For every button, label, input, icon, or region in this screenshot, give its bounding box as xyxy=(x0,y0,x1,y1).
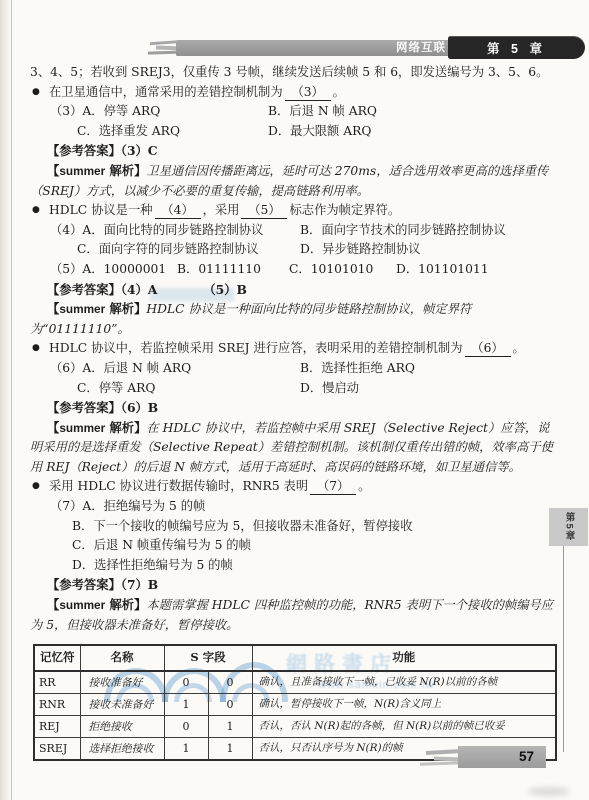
analysis-bracket: 【 xyxy=(47,597,59,612)
question-3-stem: ● 在卫星通信中，通常采用的差错控制机制为（3）。 xyxy=(30,83,561,103)
q45-stem-p1: HDLC 协议是一种 xyxy=(49,203,153,217)
q5-options-row: （5）A．10000001 B．01111110 C．10101010 D．10… xyxy=(30,260,561,280)
q5-option-d: D．101101011 xyxy=(396,260,489,280)
q45-blank-5: （5） xyxy=(241,203,287,219)
q6-option-a: （6）A．后退 N 帧 ARQ xyxy=(50,359,300,379)
q45-stem-p3: 标志作为帧定界符。 xyxy=(289,203,400,217)
q7-option-b: B．下一个接收的帧编号应为 5，但接收器未准备好，暂停接收 xyxy=(30,517,561,537)
q6-options-row2: C．停等 ARQ D．慢启动 xyxy=(30,379,561,399)
q3-analysis: 【summer 解析】卫星通信因传播距离远，延时可达 270ms，适合选用效率更… xyxy=(30,161,561,201)
analysis-brand: summer xyxy=(59,164,105,178)
answer-label: 【参考答案】 xyxy=(47,400,121,415)
cell-s2: 1 xyxy=(208,738,252,761)
q6-stem-pre: HDLC 协议中，若监控帧采用 SREJ 进行应答，表明采用的差错控制机制为 xyxy=(49,341,463,355)
cell-s1: 0 xyxy=(164,716,208,738)
cell-s1: 0 xyxy=(164,671,208,694)
q3-blank: （3） xyxy=(285,85,331,101)
q3-stem-post: 。 xyxy=(333,85,345,99)
col-header-mnemonic: 记忆符 xyxy=(34,645,80,671)
analysis-brand: summer xyxy=(59,421,105,435)
page-content: 3、4、5；若收到 SREJ3，仅重传 3 号帧，继续发送后续帧 5 和 6，即… xyxy=(30,63,561,761)
col-header-function: 功能 xyxy=(252,645,556,671)
q3-answer-line: 【参考答案】（3）C xyxy=(30,141,561,161)
q3-option-c: C．选择重发 ARQ xyxy=(50,122,268,142)
q45-stem-p2: ，采用 xyxy=(203,203,240,217)
analysis-label: 解析】 xyxy=(105,420,146,435)
q3-options-row2: C．选择重发 ARQ D．最大限额 ARQ xyxy=(30,122,561,142)
analysis-label: 解析】 xyxy=(105,163,146,178)
q6-analysis: 【summer 解析】在 HDLC 协议中，若监控帧中采用 SREJ（Selec… xyxy=(30,418,561,478)
question-45-text: HDLC 协议是一种（4），采用（5）标志作为帧定界符。 xyxy=(49,201,400,221)
q6-answer-value: （6）B xyxy=(121,400,158,415)
cell-name: 接收准备好 xyxy=(80,671,164,694)
q6-stem-post: 。 xyxy=(513,341,525,355)
header-chapter-box: 第 5 章 xyxy=(448,36,585,59)
q3-answer-value: （3）C xyxy=(121,143,158,158)
cell-name: 选择拒绝接收 xyxy=(80,738,164,761)
q3-stem-pre: 在卫星通信中，通常采用的差错控制机制为 xyxy=(49,85,283,99)
q7-stem-post: 。 xyxy=(358,479,370,493)
question-7-stem: ● 采用 HDLC 协议进行数据传输时，RNR5 表明（7）。 xyxy=(30,477,561,497)
bullet-icon: ● xyxy=(30,477,49,497)
col-header-name: 名称 xyxy=(80,645,164,671)
cell-s2: 1 xyxy=(208,716,252,738)
q7-blank: （7） xyxy=(310,479,356,495)
cell-s1: 1 xyxy=(164,738,208,761)
scan-smudge xyxy=(528,787,570,796)
footer-bar: 57 xyxy=(458,746,546,768)
q7-option-a: （7）A．拒绝编号为 5 的帧 xyxy=(30,497,561,517)
answer-label: 【参考答案】 xyxy=(47,143,121,158)
question-6-stem: ● HDLC 协议中，若监控帧采用 SREJ 进行应答，表明采用的差错控制机制为… xyxy=(30,339,561,359)
q7-answer-line: 【参考答案】（7）B xyxy=(30,575,561,595)
cell-name: 拒绝接收 xyxy=(80,716,164,738)
cell-s2: 0 xyxy=(208,671,252,694)
chapter-side-tab-label: 第5章 xyxy=(562,512,576,542)
cell-mnemonic: REJ xyxy=(34,716,80,738)
q45-analysis: 【summer 解析】HDLC 协议是一种面向比特的同步链路控制协议，帧定界符为… xyxy=(30,299,561,339)
cell-mnemonic: RNR xyxy=(34,694,80,716)
header-section-label: 网络互联 xyxy=(396,41,448,55)
q7-option-d: D．选择性拒绝编号为 5 的帧 xyxy=(30,556,561,576)
q5-option-c: C．10101010 xyxy=(289,260,396,280)
page-number: 57 xyxy=(519,746,534,768)
question-45-stem: ● HDLC 协议是一种（4），采用（5）标志作为帧定界符。 xyxy=(30,201,561,221)
table-row: RR 接收准备好 0 0 确认，且准备接收下一帧，已收妥 N(R)以前的各帧 xyxy=(34,671,556,694)
cell-name: 接收未准备好 xyxy=(80,694,164,716)
q7-analysis: 【summer 解析】本题需掌握 HDLC 四种监控帧的功能，RNR5 表明下一… xyxy=(30,595,561,635)
answer-label: 【参考答案】 xyxy=(47,577,121,592)
chapter-side-tab: 第5章 xyxy=(549,508,588,546)
q6-answer-line: 【参考答案】（6）B xyxy=(30,398,561,418)
q4-answer-value: （4）A xyxy=(121,282,158,297)
question-3-text: 在卫星通信中，通常采用的差错控制机制为（3）。 xyxy=(49,83,345,103)
header-chapter-label: 第 5 章 xyxy=(487,39,546,57)
analysis-brand: summer xyxy=(59,302,105,316)
answer-label: 【参考答案】 xyxy=(47,282,121,297)
q6-option-c: C．停等 ARQ xyxy=(50,379,300,399)
q7-answer-value: （7）B xyxy=(121,577,158,592)
table-header-row: 记忆符 名称 S 字段 功能 xyxy=(34,645,556,671)
q45-blank-4: （4） xyxy=(155,203,201,219)
chapter-tab-connector-line xyxy=(563,546,564,752)
q7-stem-pre: 采用 HDLC 协议进行数据传输时，RNR5 表明 xyxy=(49,479,308,493)
q3-option-b: B．后退 N 帧 ARQ xyxy=(268,102,377,122)
footer-brush-stroke xyxy=(420,761,462,765)
cell-mnemonic: SREJ xyxy=(34,738,80,761)
supervisory-frames-table: 记忆符 名称 S 字段 功能 RR 接收准备好 0 0 确认，且准备接收下一帧，… xyxy=(33,644,557,761)
bullet-icon: ● xyxy=(30,201,49,221)
q6-blank: （6） xyxy=(465,341,511,357)
q4-options-row2: C．面向字符的同步链路控制协议 D．异步链路控制协议 xyxy=(30,240,561,260)
analysis-bracket: 【 xyxy=(47,420,59,435)
question-6-text: HDLC 协议中，若监控帧采用 SREJ 进行应答，表明采用的差错控制机制为（6… xyxy=(49,339,525,359)
bullet-icon: ● xyxy=(30,339,49,359)
bullet-icon: ● xyxy=(30,83,49,103)
q4-option-c: C．面向字符的同步链路控制协议 xyxy=(50,240,300,260)
intro-line: 3、4、5；若收到 SREJ3，仅重传 3 号帧，继续发送后续帧 5 和 6，即… xyxy=(30,63,561,83)
q4-option-a: （4）A．面向比特的同步链路控制协议 xyxy=(50,221,300,241)
cell-s1: 1 xyxy=(164,694,208,716)
table-row: REJ 拒绝接收 0 1 否认，否认 N(R)起的各帧，但 N(R)以前的帧已收… xyxy=(34,716,556,738)
cell-function: 否认，否认 N(R)起的各帧，但 N(R)以前的帧已收妥 xyxy=(252,716,556,738)
q5-answer-value: （5）B xyxy=(203,282,247,297)
q6-options-row1: （6）A．后退 N 帧 ARQ B．选择性拒绝 ARQ xyxy=(30,359,561,379)
q7-option-c: C．后退 N 帧重传编号为 5 的帧 xyxy=(30,536,561,556)
cell-s2: 0 xyxy=(208,694,252,716)
q4-options-row1: （4）A．面向比特的同步链路控制协议 B．面向字节技术的同步链路控制协议 xyxy=(30,221,561,241)
q3-option-d: D．最大限额 ARQ xyxy=(268,122,371,142)
book-page: 网络互联 第 5 章 網路書店 www.sanmin.com.tw 3、4、5；… xyxy=(0,0,589,800)
analysis-bracket: 【 xyxy=(47,301,59,316)
cell-function: 确认，且准备接收下一帧，已收妥 N(R)以前的各帧 xyxy=(252,671,556,694)
col-header-sfield: S 字段 xyxy=(164,645,252,671)
cell-mnemonic: RR xyxy=(34,671,80,694)
analysis-brand: summer xyxy=(59,598,105,612)
q3-options-row1: （3）A．停等 ARQ B．后退 N 帧 ARQ xyxy=(30,102,561,122)
q45-answer-line: 【参考答案】（4）A（5）B xyxy=(30,280,561,300)
analysis-bracket: 【 xyxy=(47,163,59,178)
q6-option-d: D．慢启动 xyxy=(300,379,359,399)
table-row: RNR 接收未准备好 1 0 确认，暂停接收下一帧，N(R)含义同上 xyxy=(34,694,556,716)
analysis-label: 解析】 xyxy=(105,301,146,316)
q4-option-d: D．异步链路控制协议 xyxy=(300,240,421,260)
question-7-text: 采用 HDLC 协议进行数据传输时，RNR5 表明（7）。 xyxy=(49,477,370,497)
cell-function: 确认，暂停接收下一帧，N(R)含义同上 xyxy=(252,694,556,716)
q6-option-b: B．选择性拒绝 ARQ xyxy=(300,359,415,379)
q4-option-b: B．面向字节技术的同步链路控制协议 xyxy=(300,221,506,241)
q5-option-a: （5）A．10000001 xyxy=(50,260,177,280)
page-edge-shadow xyxy=(0,0,12,800)
analysis-label: 解析】 xyxy=(105,597,146,612)
q3-option-a: （3）A．停等 ARQ xyxy=(50,102,268,122)
q5-option-b: B．01111110 xyxy=(177,260,289,280)
